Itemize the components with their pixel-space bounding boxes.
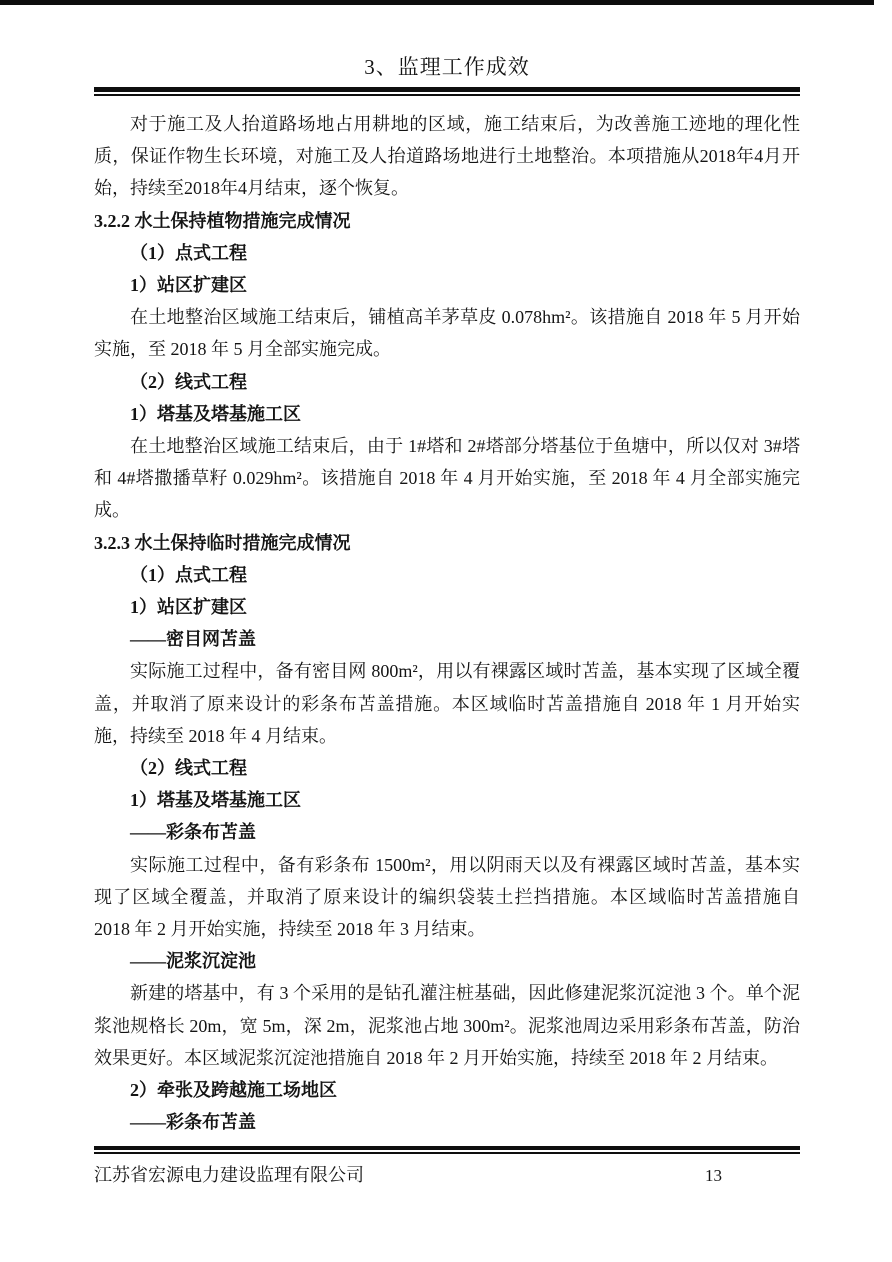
section-heading: 3.2.3 水土保持临时措施完成情况	[94, 527, 800, 559]
dash-heading: ——密目网苫盖	[94, 623, 800, 655]
footer-rule	[94, 1146, 800, 1154]
sub-heading: 1）塔基及塔基施工区	[94, 398, 800, 430]
page-footer: 江苏省宏源电力建设监理有限公司 13	[94, 1146, 800, 1187]
footer-company-name: 江苏省宏源电力建设监理有限公司	[94, 1161, 364, 1187]
sub-heading: （2）线式工程	[94, 752, 800, 784]
paragraph: 实际施工过程中，备有彩条布 1500m²，用以阴雨天以及有裸露区域时苫盖，基本实…	[94, 849, 800, 946]
sub-heading: （1）点式工程	[94, 559, 800, 591]
dash-heading: ——泥浆沉淀池	[94, 945, 800, 977]
dash-heading: ——彩条布苫盖	[94, 816, 800, 848]
paragraph: 在土地整治区域施工结束后，铺植高羊茅草皮 0.078hm²。该措施自 2018 …	[94, 301, 800, 365]
sub-heading: （1）点式工程	[94, 237, 800, 269]
sub-heading: （2）线式工程	[94, 366, 800, 398]
paragraph: 对于施工及人抬道路场地占用耕地的区域，施工结束后，为改善施工迹地的理化性质，保证…	[94, 108, 800, 205]
header-rule	[94, 87, 800, 96]
document-page: 3、监理工作成效 对于施工及人抬道路场地占用耕地的区域，施工结束后，为改善施工迹…	[0, 0, 892, 1262]
page-header: 3、监理工作成效	[94, 0, 800, 96]
page-number: 13	[705, 1166, 722, 1186]
sub-heading: 2）牵张及跨越施工场地区	[94, 1074, 800, 1106]
section-heading: 3.2.2 水土保持植物措施完成情况	[94, 205, 800, 237]
paragraph: 在土地整治区域施工结束后，由于 1#塔和 2#塔部分塔基位于鱼塘中，所以仅对 3…	[94, 430, 800, 527]
dash-heading: ——彩条布苫盖	[94, 1106, 800, 1138]
document-body: 对于施工及人抬道路场地占用耕地的区域，施工结束后，为改善施工迹地的理化性质，保证…	[94, 108, 800, 1139]
sub-heading: 1）站区扩建区	[94, 269, 800, 301]
sub-heading: 1）站区扩建区	[94, 591, 800, 623]
paragraph: 新建的塔基中，有 3 个采用的是钻孔灌注桩基础，因此修建泥浆沉淀池 3 个。单个…	[94, 977, 800, 1074]
chapter-title: 3、监理工作成效	[94, 54, 800, 81]
paragraph: 实际施工过程中，备有密目网 800m²，用以有裸露区域时苫盖，基本实现了区域全覆…	[94, 655, 800, 752]
sub-heading: 1）塔基及塔基施工区	[94, 784, 800, 816]
